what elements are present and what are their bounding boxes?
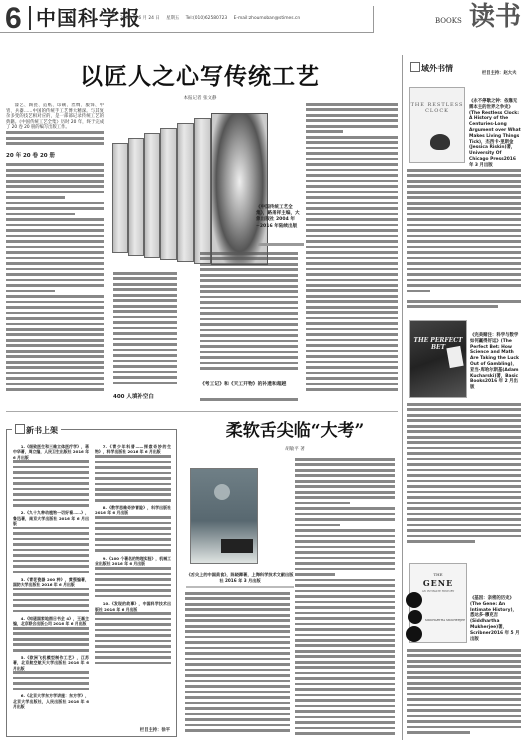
issue-date: 2016 年 6 月 24 日	[120, 16, 160, 21]
main-article-column-4	[306, 103, 398, 403]
subhead-2: 400 人填补空白	[113, 393, 177, 402]
new-books-column-2: 7.《青少年科普——探索奇妙的生物》，科学出版社 2016 年 6 月出版 8.…	[95, 444, 171, 729]
subhead-3-block: 《考工记》和《天工开物》的补遗和超越	[200, 377, 300, 399]
text-block	[6, 131, 104, 149]
restless-clock-cover: THE RESTLESS CLOCK	[409, 87, 465, 163]
foreign-books-editor: 栏目主持：赵大夫	[482, 70, 516, 76]
text-block	[407, 300, 521, 312]
new-book-item[interactable]: 9.《100 个著名的物理实验》，机械工业出版社 2016 年 6 月出版	[95, 556, 171, 567]
subhead-1: 20 年 20 卷 20 册	[6, 152, 104, 161]
subhead-3: 《考工记》和《天工开物》的补遗和超越	[200, 380, 300, 389]
text-block	[200, 398, 298, 406]
square-icon	[410, 62, 420, 72]
main-headline: 以匠人之心写传统工艺	[60, 62, 340, 92]
caption-bar	[258, 243, 304, 246]
lede-paragraph: 漆艺、陶瓷、造纸、印刷、丝绸、服饰、甲胄、兵器……中国的传统手工艺博大精深。与其…	[6, 103, 104, 131]
masthead-divider	[29, 6, 31, 30]
section-label-zh: 读书	[469, 2, 521, 32]
masthead: 6 中国科学报 2016 年 6 月 24 日 星期五 Tel:(010)625…	[0, 0, 524, 40]
gene-review	[407, 649, 521, 741]
new-book-item[interactable]: 1.《细致医生和三维立体医疗学》，蒋中华著，周立编，人民卫生出版社 2016 年…	[13, 444, 89, 460]
main-article-column-1: 漆艺、陶瓷、造纸、印刷、丝绸、服饰、甲胄、兵器……中国的传统手工艺博大精深。与其…	[6, 103, 104, 403]
masthead-rule-vertical	[373, 6, 374, 33]
section-label-en: BOOKS	[435, 17, 462, 25]
new-books-box: 新书上架 1.《细致医生和三维立体医疗学》，蒋中华著，周立编，人民卫生出版社 2…	[6, 429, 177, 737]
new-book-item[interactable]: 10.《发现的故事》，中国科学技术出版社 2016 年 6 月出版	[95, 601, 171, 612]
perfect-bet-review	[407, 403, 521, 553]
masthead-rule	[0, 32, 374, 33]
new-book-item[interactable]: 7.《青少年科普——探索奇妙的生物》，科学出版社 2016 年 6 月出版	[95, 444, 171, 455]
gene-caption: 《基因：亲密的历史》(The Gene: An Intimate History…	[470, 596, 521, 642]
new-books-column-1: 1.《细致医生和三维立体医疗学》，蒋中华著，周立编，人民卫生出版社 2016 年…	[13, 444, 89, 729]
foreign-books-header: 域外书情	[410, 62, 453, 74]
restless-clock-caption: 《永不停歇之钟：依靠无需本主的世界之争史》(The Restless Clock…	[469, 99, 521, 169]
caption-bar	[186, 586, 294, 588]
gene-cover: THE GENE AN INTIMATE HISTORY SIDDHARTHA …	[409, 563, 467, 643]
second-byline: 胡敏平 著	[260, 446, 330, 452]
book-set-caption: 《中国传统工艺全集》，路甬祥主编，大象出版社 2004 年~2016 年陆续出版	[256, 205, 304, 230]
new-book-item[interactable]: 5.《欧洲飞机模型制作工艺》，江苏著，北京航空航天大学出版社 2016 年 6 …	[13, 655, 89, 671]
masthead-meta: 2016 年 6 月 24 日 星期五 Tel:(010)62580723 E-…	[120, 15, 305, 21]
main-byline: 本报记者 张文静	[150, 95, 250, 101]
foreign-books-title: 域外书情	[421, 63, 453, 73]
page-number: 6	[5, 3, 22, 35]
new-books-header: 新书上架	[12, 424, 61, 436]
new-book-item[interactable]: 4.《知道国家地图日书全 4》，王磊主编，北京联合出版公司 2016 年 6 月…	[13, 616, 89, 627]
perfect-bet-cover: THE PERFECT BET	[409, 320, 467, 398]
issue-email[interactable]: E-mail:zhoumoban@stimes.cn	[234, 16, 301, 21]
tongue-book-cover	[190, 468, 258, 564]
new-book-item[interactable]: 3.《青花瓷器 200 种》，黄强编著，国防大学出版社 2016 年 6 月出版	[13, 577, 89, 588]
book-set-photo	[112, 105, 268, 270]
sidebar-divider	[402, 55, 403, 740]
main-article-column-2	[113, 272, 177, 392]
perfect-bet-caption: 《完美赌注：科学与数学如何赢得好运》(The Perfect Bet: How …	[470, 333, 520, 391]
second-headline: 柔软舌尖临“大考”	[195, 420, 395, 442]
restless-clock-review	[407, 169, 521, 299]
new-book-item[interactable]: 6.《北京大学东方学讲座：东方学》，北京大学出版社，人民出版社 2016 年 6…	[13, 693, 89, 709]
second-article-column-left	[185, 592, 290, 740]
issue-editor: 星期五	[166, 16, 179, 21]
tongue-book-caption: 《舌尖上的中国美食》，陈晓卿著，上海科学技术文献出版社 2016 年 3 月出版	[185, 572, 295, 584]
square-icon	[15, 424, 25, 434]
new-books-editor: 栏目主持：徐平	[140, 727, 170, 733]
main-article-column-3	[200, 252, 298, 377]
issue-tel: Tel:(010)62580723	[186, 16, 228, 21]
article-divider	[6, 411, 398, 412]
text-block	[6, 163, 104, 398]
second-article-column-right	[295, 458, 395, 738]
new-books-title: 新书上架	[26, 425, 58, 435]
subhead-2-block: 400 人填补空白	[113, 390, 177, 410]
new-book-item[interactable]: 8.《数学思维奇妙冒险》，科学出版社 2016 年 6 月出版	[95, 505, 171, 516]
new-book-item[interactable]: 2.《九十九种动植物一切好看……》，鲁迅著，南京大学出版社 2016 年 6 月…	[13, 510, 89, 526]
